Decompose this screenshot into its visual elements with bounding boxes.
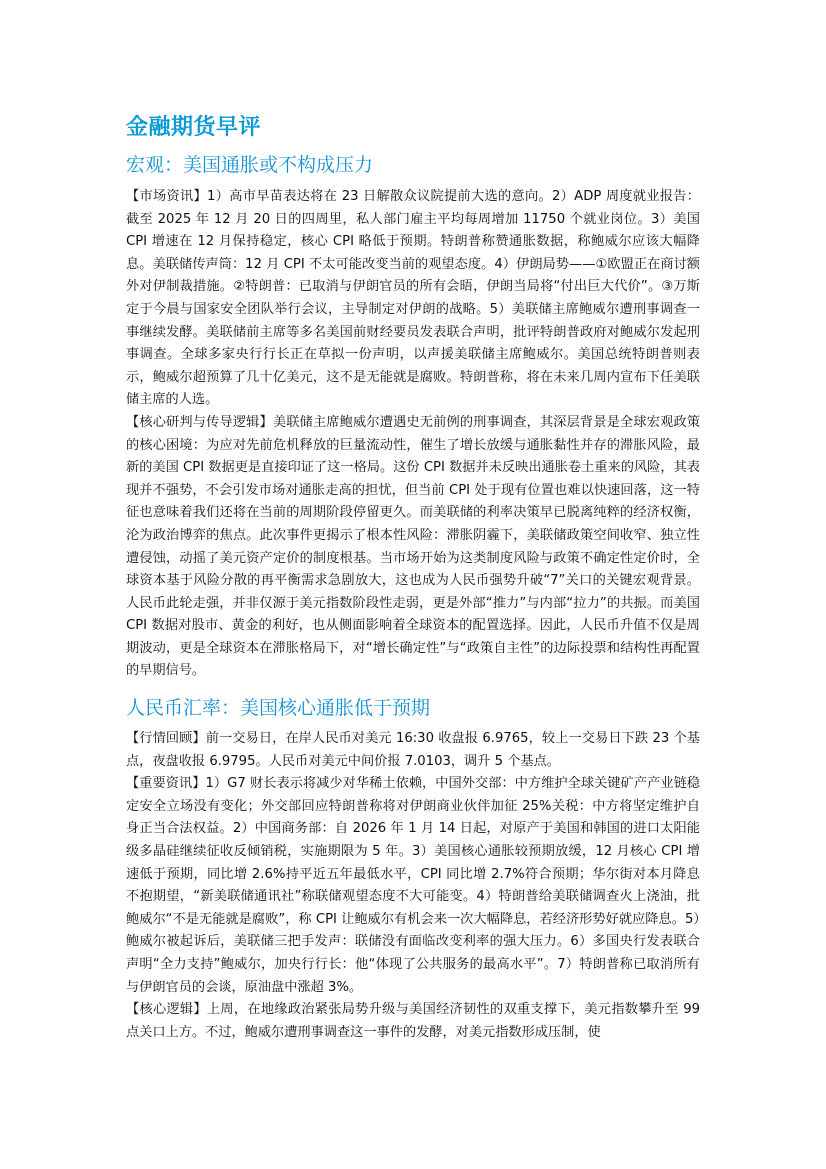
- paragraph-text: 美联储主席鲍威尔遭遇史无前例的刑事调查，其深层背景是全球宏观政策的核心困境：为应…: [126, 415, 700, 679]
- document-title: 金融期货早评: [126, 110, 261, 141]
- paragraph-tag: 【行情回顾】: [126, 731, 206, 746]
- paragraph-tag: 【市场资讯】: [126, 189, 207, 204]
- paragraph-tag: 【核心逻辑】: [126, 1002, 207, 1017]
- paragraph-text: 1）G7 财长表示将减少对华稀土依赖，中国外交部：中方维护全球关键矿产产业链稳定…: [126, 776, 700, 994]
- section-heading-macro: 宏观：美国通胀或不构成压力: [126, 150, 373, 177]
- paragraph-important-news: 【重要资讯】1）G7 财长表示将减少对华稀土依赖，中国外交部：中方维护全球关键矿…: [126, 773, 700, 999]
- section-body-macro: 【市场资讯】1）高市早苗表达将在 23 日解散众议院提前大选的意向。2）ADP …: [126, 186, 700, 683]
- paragraph-tag: 【核心研判与传导逻辑】: [126, 415, 273, 430]
- paragraph-text: 上周，在地缘政治紧张局势升级与美国经济韧性的双重支撑下，美元指数攀升至 99 点…: [126, 1002, 700, 1040]
- paragraph-market-news: 【市场资讯】1）高市早苗表达将在 23 日解散众议院提前大选的意向。2）ADP …: [126, 186, 700, 412]
- paragraph-core-logic: 【核心逻辑】上周，在地缘政治紧张局势升级与美国经济韧性的双重支撑下，美元指数攀升…: [126, 999, 700, 1044]
- paragraph-text: 前一交易日，在岸人民币对美元 16:30 收盘报 6.9765，较上一交易日下跌…: [126, 731, 700, 769]
- paragraph-market-review: 【行情回顾】前一交易日，在岸人民币对美元 16:30 收盘报 6.9765，较上…: [126, 728, 700, 773]
- paragraph-tag: 【重要资讯】: [126, 776, 205, 791]
- paragraph-core-judgment: 【核心研判与传导逻辑】美联储主席鲍威尔遭遇史无前例的刑事调查，其深层背景是全球宏…: [126, 412, 700, 683]
- section-body-rmb: 【行情回顾】前一交易日，在岸人民币对美元 16:30 收盘报 6.9765，较上…: [126, 728, 700, 1044]
- section-heading-rmb: 人民币汇率：美国核心通胀低于预期: [126, 693, 430, 720]
- paragraph-text: 1）高市早苗表达将在 23 日解散众议院提前大选的意向。2）ADP 周度就业报告…: [126, 189, 700, 407]
